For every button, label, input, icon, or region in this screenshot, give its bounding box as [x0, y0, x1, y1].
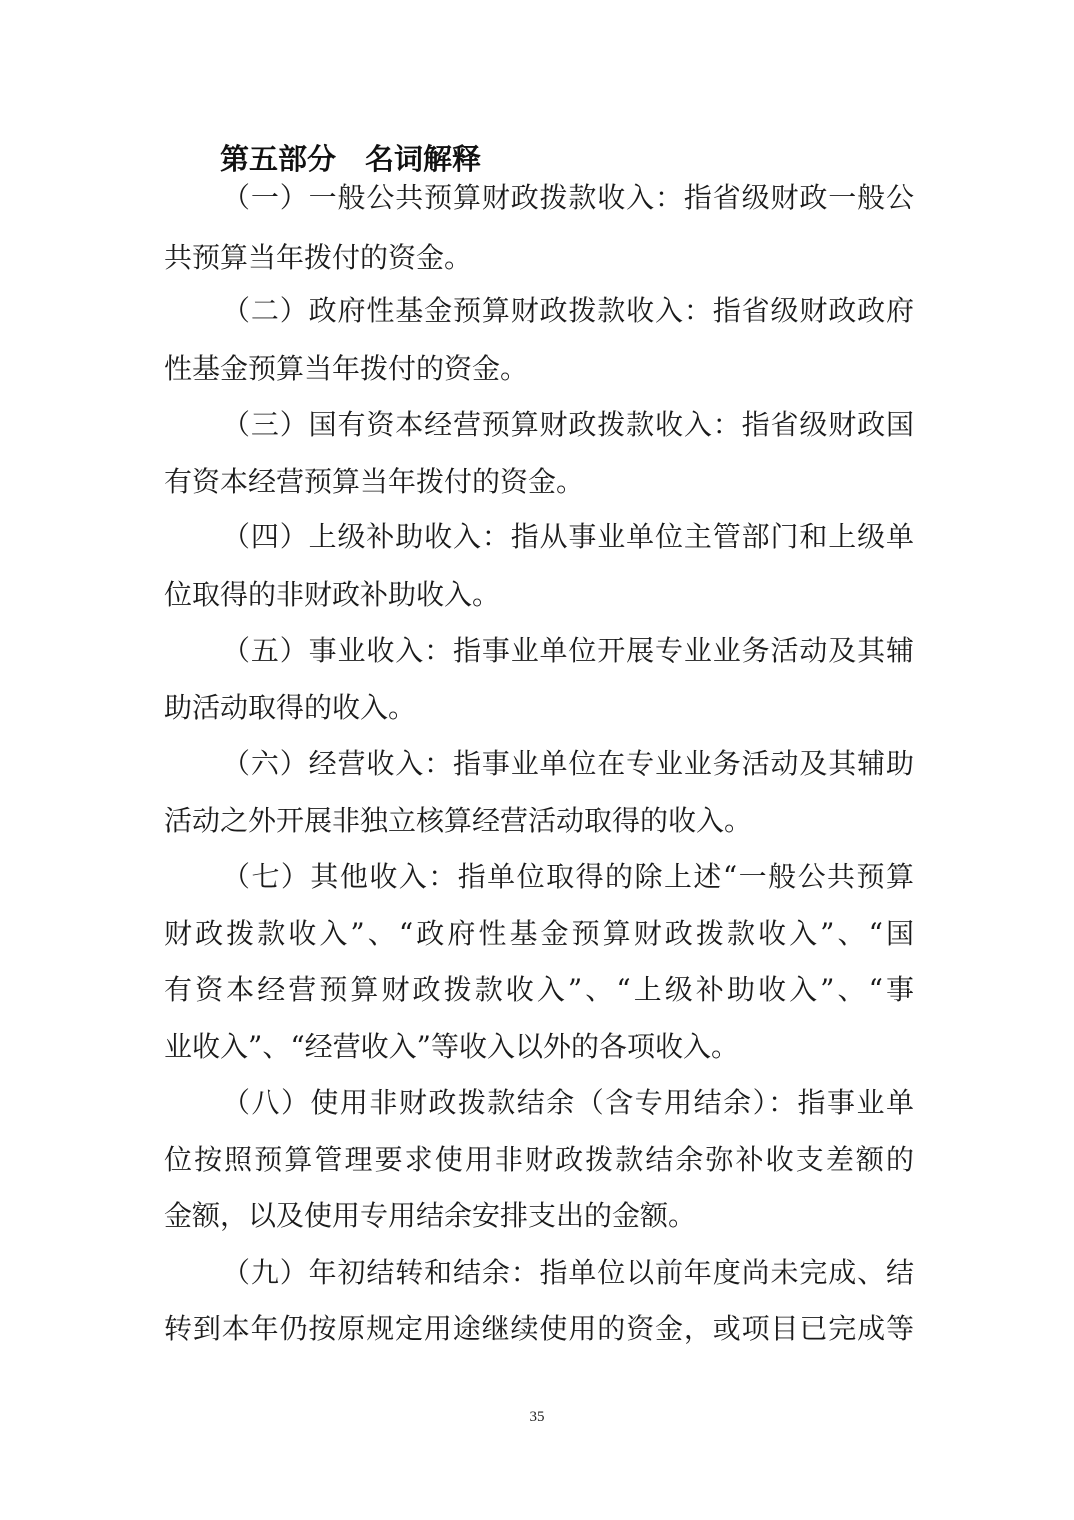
glossary-entry-line: 转到本年仍按原规定用途继续使用的资金，或项目已完成等: [164, 1309, 914, 1349]
glossary-entry-line: 共预算当年拨付的资金。: [164, 238, 914, 278]
glossary-entry-start: （二）政府性基金预算财政拨款收入：指省级财政政府: [222, 291, 914, 331]
glossary-entry-line: 位取得的非财政补助收入。: [164, 575, 914, 615]
glossary-entry-start: （三）国有资本经营预算财政拨款收入：指省级财政国: [222, 405, 914, 445]
glossary-entry-start: （一）一般公共预算财政拨款收入：指省级财政一般公: [222, 178, 914, 218]
glossary-entry-start: （七）其他收入：指单位取得的除上述“一般公共预算: [222, 857, 914, 897]
glossary-entry-start: （九）年初结转和结余：指单位以前年度尚未完成、结: [222, 1253, 914, 1293]
page-number: 35: [0, 1409, 1074, 1426]
section-heading: 第五部分 名词解释: [220, 139, 481, 179]
glossary-entry-line: 助活动取得的收入。: [164, 688, 914, 728]
glossary-entry-line: 有资本经营预算财政拨款收入”、“上级补助收入”、“事: [164, 970, 914, 1010]
glossary-entry-line: 有资本经营预算当年拨付的资金。: [164, 462, 914, 502]
glossary-entry-start: （四）上级补助收入：指从事业单位主管部门和上级单: [222, 517, 914, 557]
glossary-entry-line: 金额，以及使用专用结余安排支出的金额。: [164, 1196, 914, 1236]
glossary-entry-start: （六）经营收入：指事业单位在专业业务活动及其辅助: [222, 744, 914, 784]
glossary-entry-line: 性基金预算当年拨付的资金。: [164, 349, 914, 389]
glossary-entry-line: 活动之外开展非独立核算经营活动取得的收入。: [164, 801, 914, 841]
glossary-entry-start: （五）事业收入：指事业单位开展专业业务活动及其辅: [222, 631, 914, 671]
glossary-entry-line: 业收入”、“经营收入”等收入以外的各项收入。: [164, 1027, 914, 1067]
glossary-entry-line: 财政拨款收入”、“政府性基金预算财政拨款收入”、“国: [164, 914, 914, 954]
glossary-entry-start: （八）使用非财政拨款结余（含专用结余）：指事业单: [222, 1083, 914, 1123]
document-page: 第五部分 名词解释 （一）一般公共预算财政拨款收入：指省级财政一般公共预算当年拨…: [0, 0, 1074, 1520]
glossary-entry-line: 位按照预算管理要求使用非财政拨款结余弥补收支差额的: [164, 1140, 914, 1180]
